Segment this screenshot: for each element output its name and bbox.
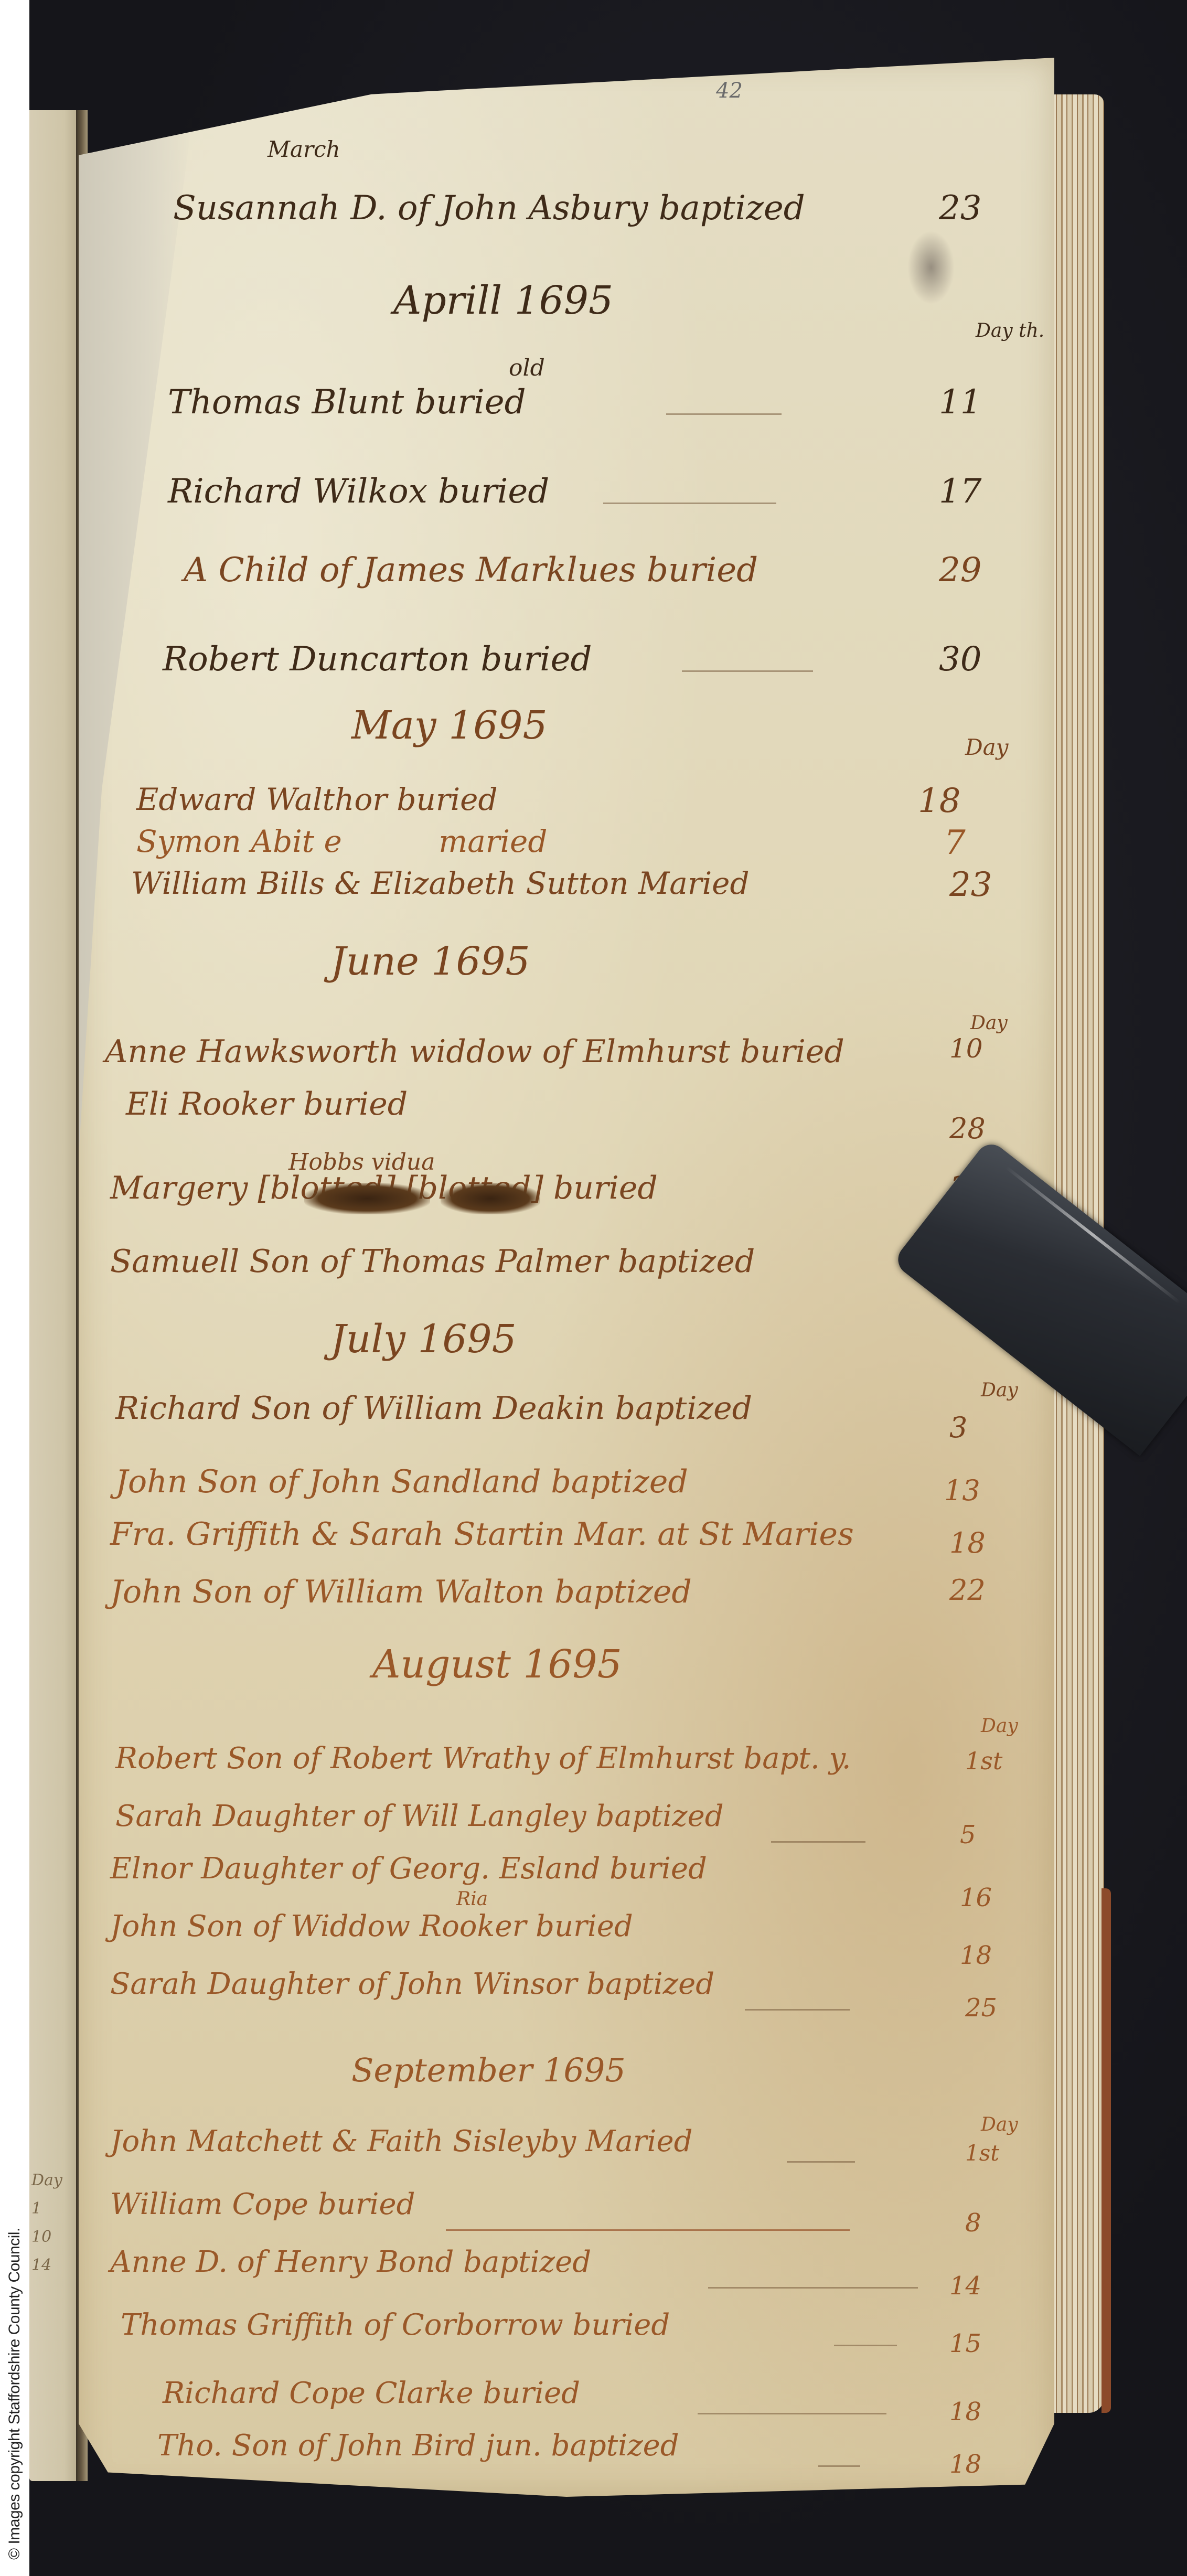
register-entry: Fra. Griffith & Sarah Startin Mar. at St… — [79, 1516, 1054, 1579]
entry-interlinear-note: Ria — [456, 1888, 488, 1910]
month-heading-june: June 1695 — [330, 939, 530, 984]
entry-text: Edward Walthor buried — [136, 782, 498, 817]
register-entry: William Cope buried 8 — [79, 2187, 1054, 2250]
entry-day: 14 — [949, 2271, 981, 2301]
month-label-march: March — [268, 136, 340, 162]
entry-leader-line — [603, 503, 776, 504]
facing-margin-number: 1 — [31, 2195, 79, 2223]
entry-day: 3 — [949, 1411, 967, 1444]
register-entry: Robert Son of Robert Wrathy of Elmhurst … — [79, 1741, 1054, 1804]
register-page: 42 March Susannah D. of John Asbury bapt… — [79, 58, 1054, 2497]
facing-margin-number: 14 — [31, 2251, 79, 2280]
day-column-label: Day — [965, 734, 1008, 760]
entry-leader-line — [771, 1841, 865, 1843]
entry-leader-line — [446, 2229, 850, 2231]
entry-day: 30 — [939, 640, 981, 679]
facing-margin-label: Day — [31, 2166, 79, 2195]
entry-day: 28 — [949, 1112, 986, 1145]
entry-text: Richard Cope Clarke buried — [163, 2376, 580, 2410]
entry-leader-line — [834, 2345, 897, 2346]
month-heading-september: September 1695 — [351, 2051, 626, 2089]
day-column-label: Day — [970, 1012, 1008, 1034]
entry-text: Thomas Blunt buried — [168, 383, 526, 422]
register-entry: Richard Wilkox buried 17 — [79, 472, 1054, 535]
entry-leader-line — [698, 2413, 886, 2414]
register-entry: Susannah D. of John Asbury baptized 23 — [79, 189, 1054, 252]
entry-text: Elnor Daughter of Georg. Esland buried — [110, 1852, 707, 1886]
ink-smudge — [907, 231, 955, 304]
entry-text: John Matchett & Faith Sisleyby Maried — [110, 2124, 692, 2158]
register-entry: John Son of William Walton baptized 22 — [79, 1574, 1054, 1637]
entry-day: 15 — [949, 2329, 981, 2358]
entry-day: 1st — [965, 2140, 999, 2166]
day-column-label: Day — [981, 1715, 1018, 1737]
entry-text: Tho. Son of John Bird jun. baptized — [157, 2429, 679, 2463]
entry-day: 10 — [949, 1033, 983, 1064]
entry-day: 18 — [949, 2450, 981, 2479]
entry-text: Anne Hawksworth widdow of Elmhurst burie… — [105, 1033, 844, 1070]
entry-day: 25 — [965, 1993, 997, 2023]
entry-text: Symon Abit e maried — [136, 824, 548, 859]
entry-day: 18 — [949, 1526, 986, 1559]
entry-day: 29 — [939, 551, 981, 590]
entry-text: Richard Son of William Deakin baptized — [115, 1390, 752, 1427]
entry-day: 18 — [949, 2397, 981, 2427]
entry-leader-line — [745, 2009, 850, 2011]
entry-day: 18 — [918, 782, 960, 820]
entry-text: A Child of James Marklues buried — [184, 551, 758, 590]
month-heading-april: Aprill 1695 — [393, 278, 613, 323]
register-entry: Hobbs vidua Margery [blotted] [blotted] … — [79, 1170, 1054, 1233]
register-entry: Thomas Griffith of Corborrow buried 15 — [79, 2308, 1054, 2371]
entry-text: Anne D. of Henry Bond baptized — [110, 2245, 591, 2279]
copyright-strip: © Images copyright Staffordshire County … — [0, 0, 29, 2576]
entry-text: John Son of Widdow Rooker buried — [110, 1909, 633, 1943]
ink-blot — [304, 1183, 430, 1214]
entry-day: 18 — [960, 1941, 992, 1970]
entry-day: 23 — [939, 189, 981, 228]
month-heading-august: August 1695 — [372, 1642, 622, 1687]
entry-day: 5 — [960, 1820, 976, 1850]
facing-page — [29, 110, 79, 2481]
entry-text: Fra. Griffith & Sarah Startin Mar. at St… — [110, 1516, 854, 1553]
entry-day: 7 — [944, 824, 966, 862]
entry-day: 8 — [965, 2208, 981, 2238]
entry-day: 23 — [949, 865, 992, 904]
entry-text: Richard Wilkox buried — [168, 472, 549, 511]
entry-text: Samuell Son of Thomas Palmer baptized — [110, 1243, 755, 1280]
entry-text: Robert Son of Robert Wrathy of Elmhurst … — [115, 1741, 851, 1776]
entry-leader-line — [787, 2161, 855, 2163]
entry-leader-line — [682, 670, 813, 672]
month-heading-may: May 1695 — [351, 703, 548, 748]
entry-leader-line — [666, 413, 782, 415]
copyright-notice: © Images copyright Staffordshire County … — [6, 2228, 24, 2560]
entry-text: Susannah D. of John Asbury baptized — [173, 189, 805, 228]
register-entry: Richard Son of William Deakin baptized 3 — [79, 1390, 1054, 1453]
register-entry: old Thomas Blunt buried 11 — [79, 383, 1054, 446]
register-entry: Elnor Daughter of Georg. Esland buried 1… — [79, 1852, 1054, 1915]
entry-text: Robert Duncarton buried — [163, 640, 592, 679]
facing-margin-number: 10 — [31, 2223, 79, 2251]
entry-day: 22 — [949, 1574, 986, 1607]
entry-text: John Son of John Sandland baptized — [115, 1463, 688, 1500]
ink-blot — [441, 1183, 540, 1214]
day-column-label: Day th. — [976, 320, 1044, 341]
entry-leader-line — [818, 2465, 860, 2467]
entry-day: 11 — [939, 383, 981, 422]
register-entry: William Bills & Elizabeth Sutton Maried … — [79, 865, 1054, 928]
register-entry: A Child of James Marklues buried 29 — [79, 551, 1054, 614]
entry-text: William Cope buried — [110, 2187, 415, 2221]
entry-text: Sarah Daughter of John Winsor baptized — [110, 1967, 714, 2001]
register-entry: John Matchett & Faith Sisleyby Maried 1s… — [79, 2124, 1054, 2187]
leather-cover-edge — [1102, 1888, 1111, 2413]
entry-day: 17 — [939, 472, 981, 511]
month-heading-july: July 1695 — [330, 1317, 517, 1362]
entry-text: William Bills & Elizabeth Sutton Maried — [131, 865, 750, 901]
entry-day: 16 — [960, 1883, 992, 1912]
entry-interlinear-note: old — [509, 355, 545, 381]
entry-text: John Son of William Walton baptized — [110, 1574, 692, 1610]
entry-text: Sarah Daughter of Will Langley baptized — [115, 1799, 724, 1833]
register-entry: Sarah Daughter of John Winsor baptized 2… — [79, 1967, 1054, 2030]
register-entry: Anne D. of Henry Bond baptized 14 — [79, 2245, 1054, 2308]
entry-text: Eli Rooker buried — [126, 1086, 408, 1123]
entry-day: 1st — [965, 1747, 1002, 1775]
register-entry: Eli Rooker buried 28 — [79, 1086, 1054, 1149]
facing-page-margin-notes: Day 1 10 14 — [31, 2166, 79, 2280]
register-entry: Robert Duncarton buried 30 — [79, 640, 1054, 703]
register-entries: March Susannah D. of John Asbury baptize… — [79, 58, 1054, 2497]
entry-day: 13 — [944, 1474, 980, 1507]
register-entry: Ria John Son of Widdow Rooker buried 18 — [79, 1909, 1054, 1972]
entry-leader-line — [708, 2287, 918, 2289]
entry-text: Thomas Griffith of Corborrow buried — [121, 2308, 670, 2342]
